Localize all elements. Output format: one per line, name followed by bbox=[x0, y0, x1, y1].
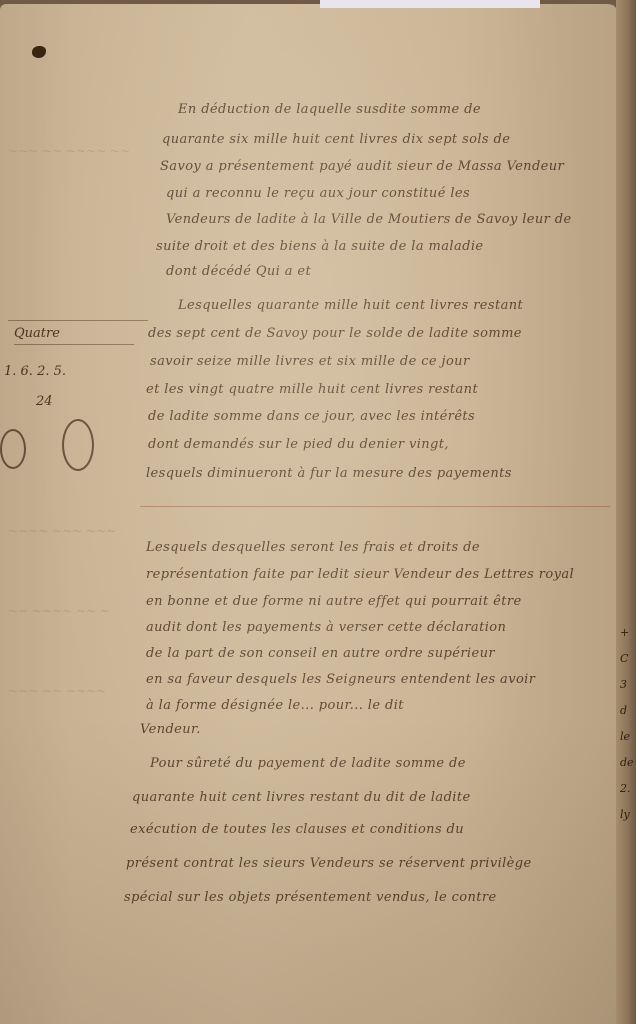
edge-fragment: de bbox=[620, 750, 634, 776]
text-line: et les vingt quatre mille huit cent livr… bbox=[146, 382, 596, 397]
text-line: de la part de son conseil en autre ordre… bbox=[146, 646, 596, 661]
text-line: savoir seize mille livres et six mille d… bbox=[150, 354, 550, 369]
flourish-mark bbox=[62, 419, 94, 471]
bleed-through-text: ~~~ ~~ ~~~~ ~~ bbox=[8, 144, 130, 158]
bleed-through-text: ~~ ~~~~ ~~ ~ bbox=[8, 604, 110, 618]
text-line: exécution de toutes les clauses et condi… bbox=[130, 822, 580, 837]
edge-fragment: d bbox=[620, 698, 634, 724]
text-line: audit dont les payements à verser cette … bbox=[146, 620, 606, 635]
text-line: qui a reconnu le reçu aux jour constitué… bbox=[166, 186, 606, 201]
text-line: dont demandés sur le pied du denier ving… bbox=[148, 437, 548, 452]
text-line: représentation faite par ledit sieur Ven… bbox=[146, 567, 606, 582]
text-line: à la forme désignée le... pour... le dit bbox=[146, 698, 586, 713]
torn-page-edge bbox=[320, 0, 540, 8]
text-line: lesquels diminueront à fur la mesure des… bbox=[146, 466, 601, 481]
text-line: présent contrat les sieurs Vendeurs se r… bbox=[126, 856, 596, 871]
edge-fragment: 2. bbox=[620, 776, 634, 802]
text-line: En déduction de laquelle susdite somme d… bbox=[178, 102, 598, 117]
text-line: en bonne et due forme ni autre effet qui… bbox=[146, 594, 606, 609]
edge-fragment: C bbox=[620, 646, 634, 672]
manuscript-page: ~~~ ~~ ~~~~ ~~ ~~~~ ~~~ ~~~ ~~ ~~~~ ~~ ~… bbox=[0, 4, 618, 1024]
flourish-mark bbox=[0, 429, 26, 469]
text-line: Vendeur. bbox=[140, 722, 260, 737]
text-line: de ladite somme dans ce jour, avec les i… bbox=[148, 409, 598, 424]
margin-note-small: 24 bbox=[36, 394, 53, 409]
book-binding-edge: + C 3 d le de 2. ly bbox=[616, 0, 636, 1024]
text-line: Lesquels desquelles seront les frais et … bbox=[146, 540, 526, 555]
edge-fragment: ly bbox=[620, 802, 634, 828]
text-line: en sa faveur desquels les Seigneurs ente… bbox=[146, 672, 596, 687]
margin-note-numbers: 1. 6. 2. 5. bbox=[4, 364, 66, 379]
edge-fragment: 3 bbox=[620, 672, 634, 698]
bleed-through-text: ~~~~ ~~~ ~~~ bbox=[8, 524, 116, 538]
text-line: dont décédé Qui a et bbox=[166, 264, 386, 279]
margin-note-heading: Quatre bbox=[14, 326, 60, 341]
text-line: Lesquelles quarante mille huit cent livr… bbox=[178, 298, 598, 313]
section-divider bbox=[140, 506, 610, 507]
bleed-through-text: ~~~ ~~ ~~~~ bbox=[8, 684, 106, 698]
ink-blot bbox=[32, 46, 46, 58]
text-line: Savoy a présentement payé audit sieur de… bbox=[160, 159, 605, 174]
text-line: quarante huit cent livres restant du dit… bbox=[132, 790, 592, 805]
text-line: Pour sûreté du payement de ladite somme … bbox=[150, 756, 590, 771]
text-line: des sept cent de Savoy pour le solde de … bbox=[148, 326, 603, 341]
margin-rule bbox=[14, 344, 134, 345]
margin-rule bbox=[8, 320, 148, 321]
text-line: quarante six mille huit cent livres dix … bbox=[162, 132, 602, 147]
edge-fragment: + bbox=[620, 620, 634, 646]
text-line: suite droit et des biens à la suite de l… bbox=[156, 239, 611, 254]
text-line: Vendeurs de ladite à la Ville de Moutier… bbox=[166, 212, 611, 227]
edge-fragment: le bbox=[620, 724, 634, 750]
text-line: spécial sur les objets présentement vend… bbox=[124, 890, 594, 905]
